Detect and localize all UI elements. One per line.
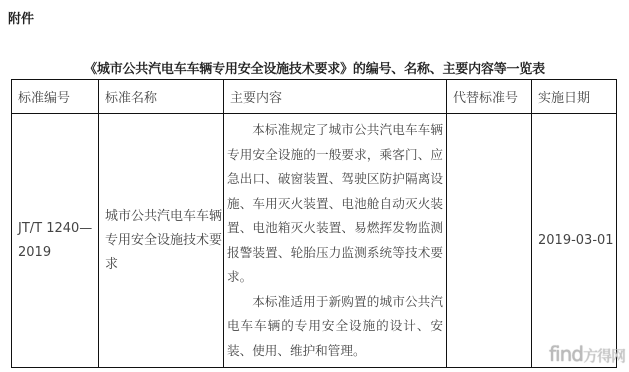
- standards-table: 标准编号 标准名称 主要内容 代替标准号 实施日期 JT/T 1240—2019…: [11, 79, 617, 368]
- header-replaced-standard: 代替标准号: [447, 80, 532, 114]
- table-header-row: 标准编号 标准名称 主要内容 代替标准号 实施日期: [12, 80, 617, 114]
- document-title: 《城市公共汽电车车辆专用安全设施技术要求》的编号、名称、主要内容等一览表: [0, 58, 629, 77]
- cell-effective-date: 2019-03-01: [532, 114, 617, 368]
- cell-replaced-standard: [447, 114, 532, 368]
- cell-standard-name: 城市公共汽电车车辆专用安全设施技术要求: [99, 114, 224, 368]
- table-row: JT/T 1240—2019 城市公共汽电车车辆专用安全设施技术要求 本标准规定…: [12, 114, 617, 368]
- header-effective-date: 实施日期: [532, 80, 617, 114]
- cell-main-content: 本标准规定了城市公共汽电车车辆专用安全设施的一般要求，乘客门、应急出口、破窗装置…: [224, 114, 447, 368]
- content-paragraph: 本标准适用于新购置的城市公共汽电车车辆的专用安全设施的设计、安装、使用、维护和管…: [227, 290, 443, 364]
- header-standard-name: 标准名称: [99, 80, 224, 114]
- attachment-label: 附件: [8, 8, 34, 27]
- header-main-content: 主要内容: [224, 80, 447, 114]
- watermark-latin: find: [549, 342, 583, 366]
- cell-standard-number: JT/T 1240—2019: [12, 114, 99, 368]
- watermark-chinese: 方得网: [583, 347, 625, 365]
- watermark-logo: find方得网: [549, 342, 625, 366]
- content-paragraph: 本标准规定了城市公共汽电车车辆专用安全设施的一般要求，乘客门、应急出口、破窗装置…: [227, 118, 443, 290]
- header-standard-number: 标准编号: [12, 80, 99, 114]
